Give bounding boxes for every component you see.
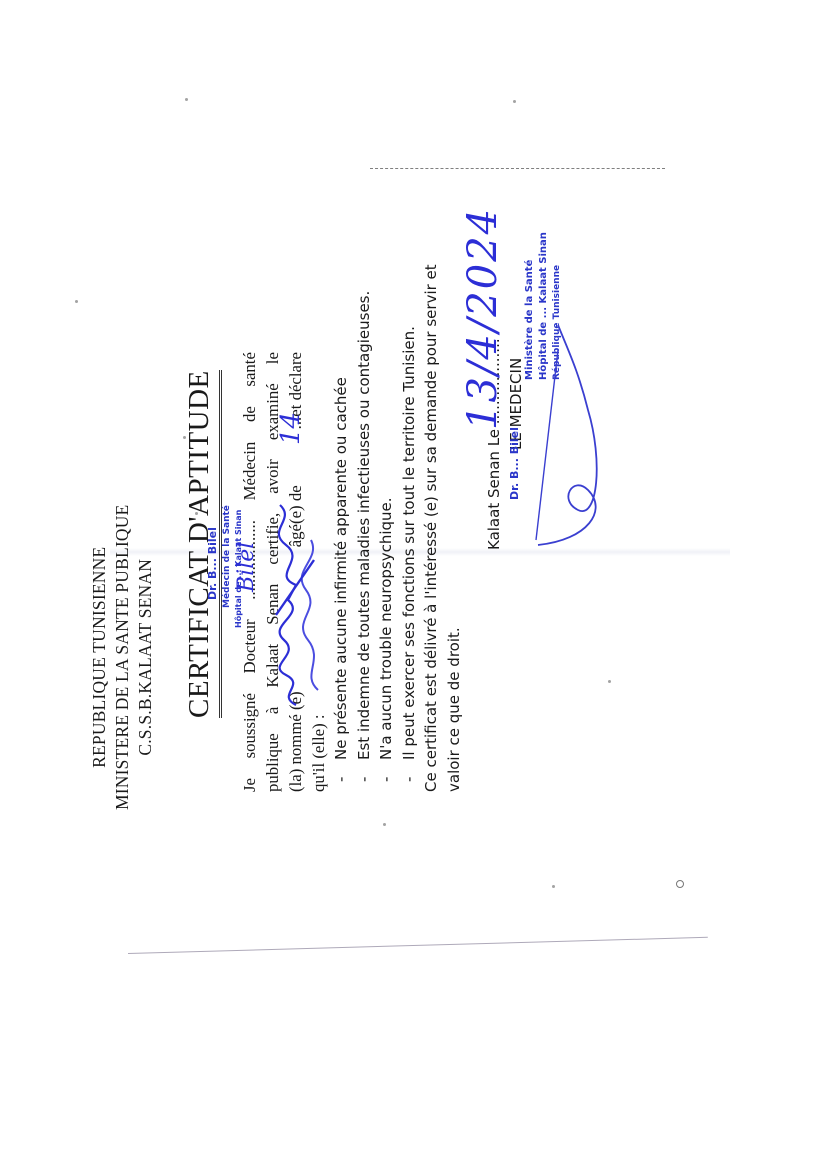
scan-speck xyxy=(552,885,555,888)
header-ministry: MINISTERE DE LA SANTE PUBLIQUE xyxy=(111,505,134,810)
scan-speck xyxy=(513,100,516,103)
scan-speck xyxy=(185,98,188,101)
handwritten-doctor-name: Bilel xyxy=(234,542,259,592)
scan-speck xyxy=(75,300,78,303)
aptitude-conditions: Ne présente aucune infirmité apparente o… xyxy=(330,352,420,792)
doctor-stamp-name: Dr. B... Bilel xyxy=(206,527,219,600)
closing-line-1: Ce certificat est délivré à l'intéressé … xyxy=(420,352,443,792)
condition-item: N'a aucun trouble neuropsychique. xyxy=(375,352,398,782)
doctor-stamp-sub: Médecin de la Santé xyxy=(222,505,232,608)
handwritten-date: 13/4/2024 xyxy=(460,207,506,430)
scan-edge-bottom xyxy=(128,937,708,954)
handwritten-age: 14 xyxy=(276,412,306,445)
condition-item: Il peut exercer ses fonctions sur tout l… xyxy=(398,352,421,782)
header-center: C.S.S.B.KALAAT SENAN xyxy=(134,505,157,810)
document-header: REPUBLIQUE TUNISIENNE MINISTERE DE LA SA… xyxy=(88,505,157,810)
scan-speck xyxy=(608,680,611,683)
handwritten-patient-name xyxy=(266,480,326,710)
header-republic: REPUBLIQUE TUNISIENNE xyxy=(88,505,111,810)
signature-stamp-doctor: Dr. B... Bilel xyxy=(508,427,521,500)
condition-item: Ne présente aucune infirmité apparente o… xyxy=(330,352,353,782)
scan-speck xyxy=(676,880,684,888)
certificate-document: REPUBLIQUE TUNISIENNE MINISTERE DE LA SA… xyxy=(88,130,608,850)
signature-scribble xyxy=(528,320,618,550)
condition-item: Est indemne de toutes maladies infectieu… xyxy=(353,352,376,782)
